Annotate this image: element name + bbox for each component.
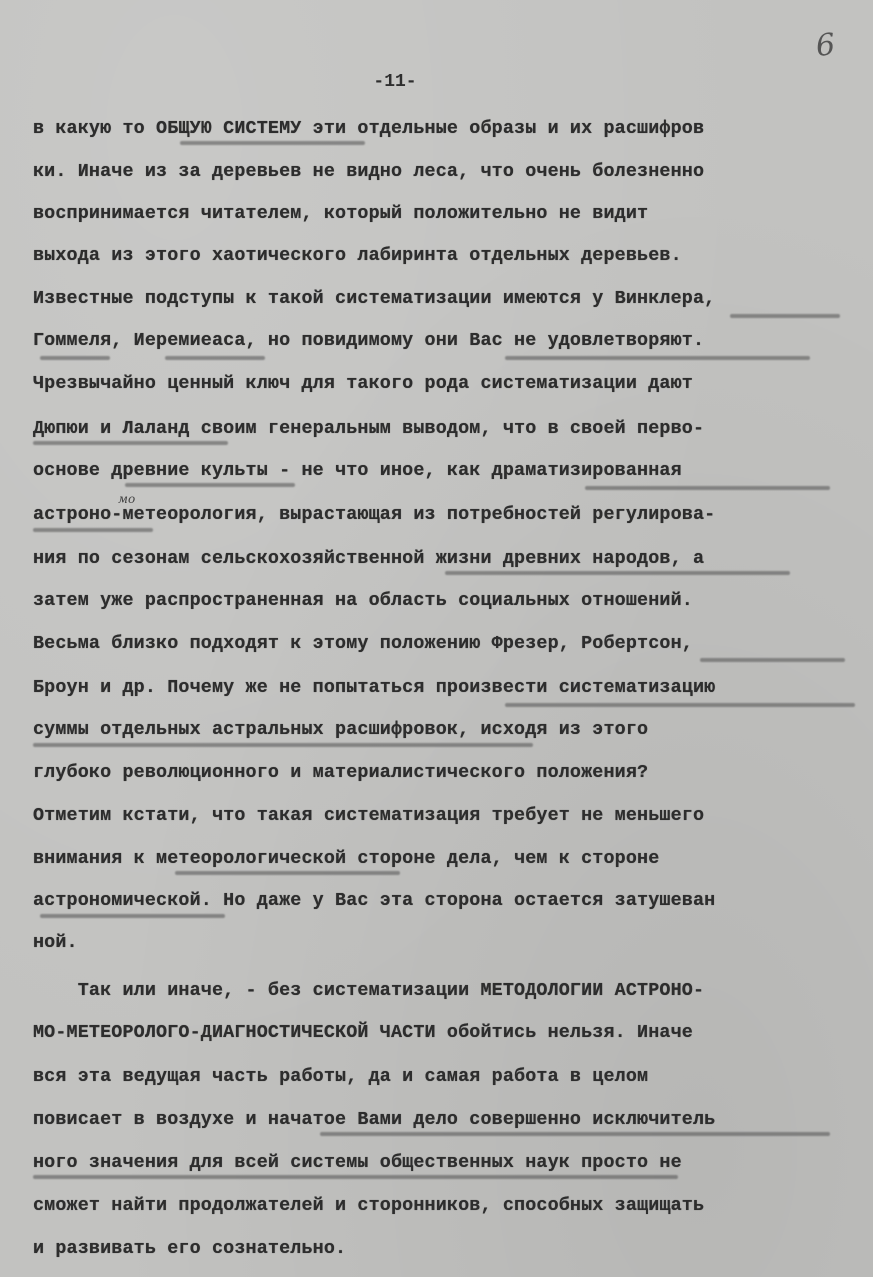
pencil-underline	[33, 1175, 678, 1179]
text-line: Чрезвычайно ценный ключ для такого рода …	[33, 373, 693, 394]
pencil-underline	[165, 356, 265, 360]
pencil-underline	[175, 871, 400, 875]
text-line: внимания к метеорологической стороне дел…	[33, 848, 659, 869]
text-line: Броун и др. Почему же не попытаться прои…	[33, 677, 715, 698]
text-line: Известные подступы к такой систематизаци…	[33, 288, 715, 309]
text-line: Гоммеля, Иеремиеаса, но повидимому они В…	[33, 330, 704, 351]
pencil-underline	[700, 658, 845, 662]
text-line: ного значения для всей системы обществен…	[33, 1152, 682, 1173]
pencil-underline	[585, 486, 830, 490]
text-line: выхода из этого хаотического лабиринта о…	[33, 245, 682, 266]
handwritten-folio-number: 6	[814, 27, 837, 64]
text-line: астроно-метеорология, вырастающая из пот…	[33, 504, 715, 525]
handwritten-margin-note: мо	[118, 492, 135, 506]
pencil-underline	[40, 914, 225, 918]
text-line: глубоко революционного и материалистичес…	[33, 762, 648, 783]
pencil-underline	[730, 314, 840, 318]
pencil-underline	[505, 356, 810, 360]
text-line: астрономической. Но даже у Вас эта сторо…	[33, 890, 715, 911]
text-line: и развивать его сознательно.	[33, 1238, 346, 1259]
text-line: повисает в воздухе и начатое Вами дело с…	[33, 1109, 715, 1130]
text-line: вся эта ведущая часть работы, да и самая…	[33, 1066, 648, 1087]
text-line: затем уже распространенная на область со…	[33, 590, 693, 611]
text-line: ки. Иначе из за деревьев не видно леса, …	[33, 161, 704, 182]
text-line: воспринимается читателем, который положи…	[33, 203, 648, 224]
text-line: ния по сезонам сельскохозяйственной жизн…	[33, 548, 704, 569]
text-line: в какую то ОБЩУЮ СИСТЕМУ эти отдельные о…	[33, 118, 704, 139]
pencil-underline	[505, 703, 855, 707]
pencil-underline	[125, 483, 295, 487]
pencil-underline	[180, 141, 365, 145]
pencil-underline	[33, 528, 153, 532]
typewritten-page: 6 -11- в какую то ОБЩУЮ СИСТЕМУ эти отде…	[0, 0, 873, 1277]
text-line: Дюпюи и Лаланд своим генеральным выводом…	[33, 418, 704, 439]
text-line: сможет найти продолжателей и сторонников…	[33, 1195, 704, 1216]
text-line: основе древние культы - не что иное, как…	[33, 460, 682, 481]
text-line: Отметим кстати, что такая систематизация…	[33, 805, 704, 826]
pencil-underline	[40, 356, 110, 360]
text-line: Весьма близко подходят к этому положению…	[33, 633, 693, 654]
text-line: суммы отдельных астральных расшифровок, …	[33, 719, 648, 740]
pencil-underline	[33, 743, 533, 747]
pencil-underline	[445, 571, 790, 575]
text-line: ной.	[33, 932, 78, 953]
page-number: -11-	[355, 72, 435, 92]
pencil-underline	[33, 441, 228, 445]
text-line: МО-МЕТЕОРОЛОГО-ДИАГНОСТИЧЕСКОЙ ЧАСТИ обо…	[33, 1022, 693, 1043]
text-line: Так или иначе, - без систематизации МЕТО…	[33, 980, 704, 1001]
pencil-underline	[320, 1132, 830, 1136]
